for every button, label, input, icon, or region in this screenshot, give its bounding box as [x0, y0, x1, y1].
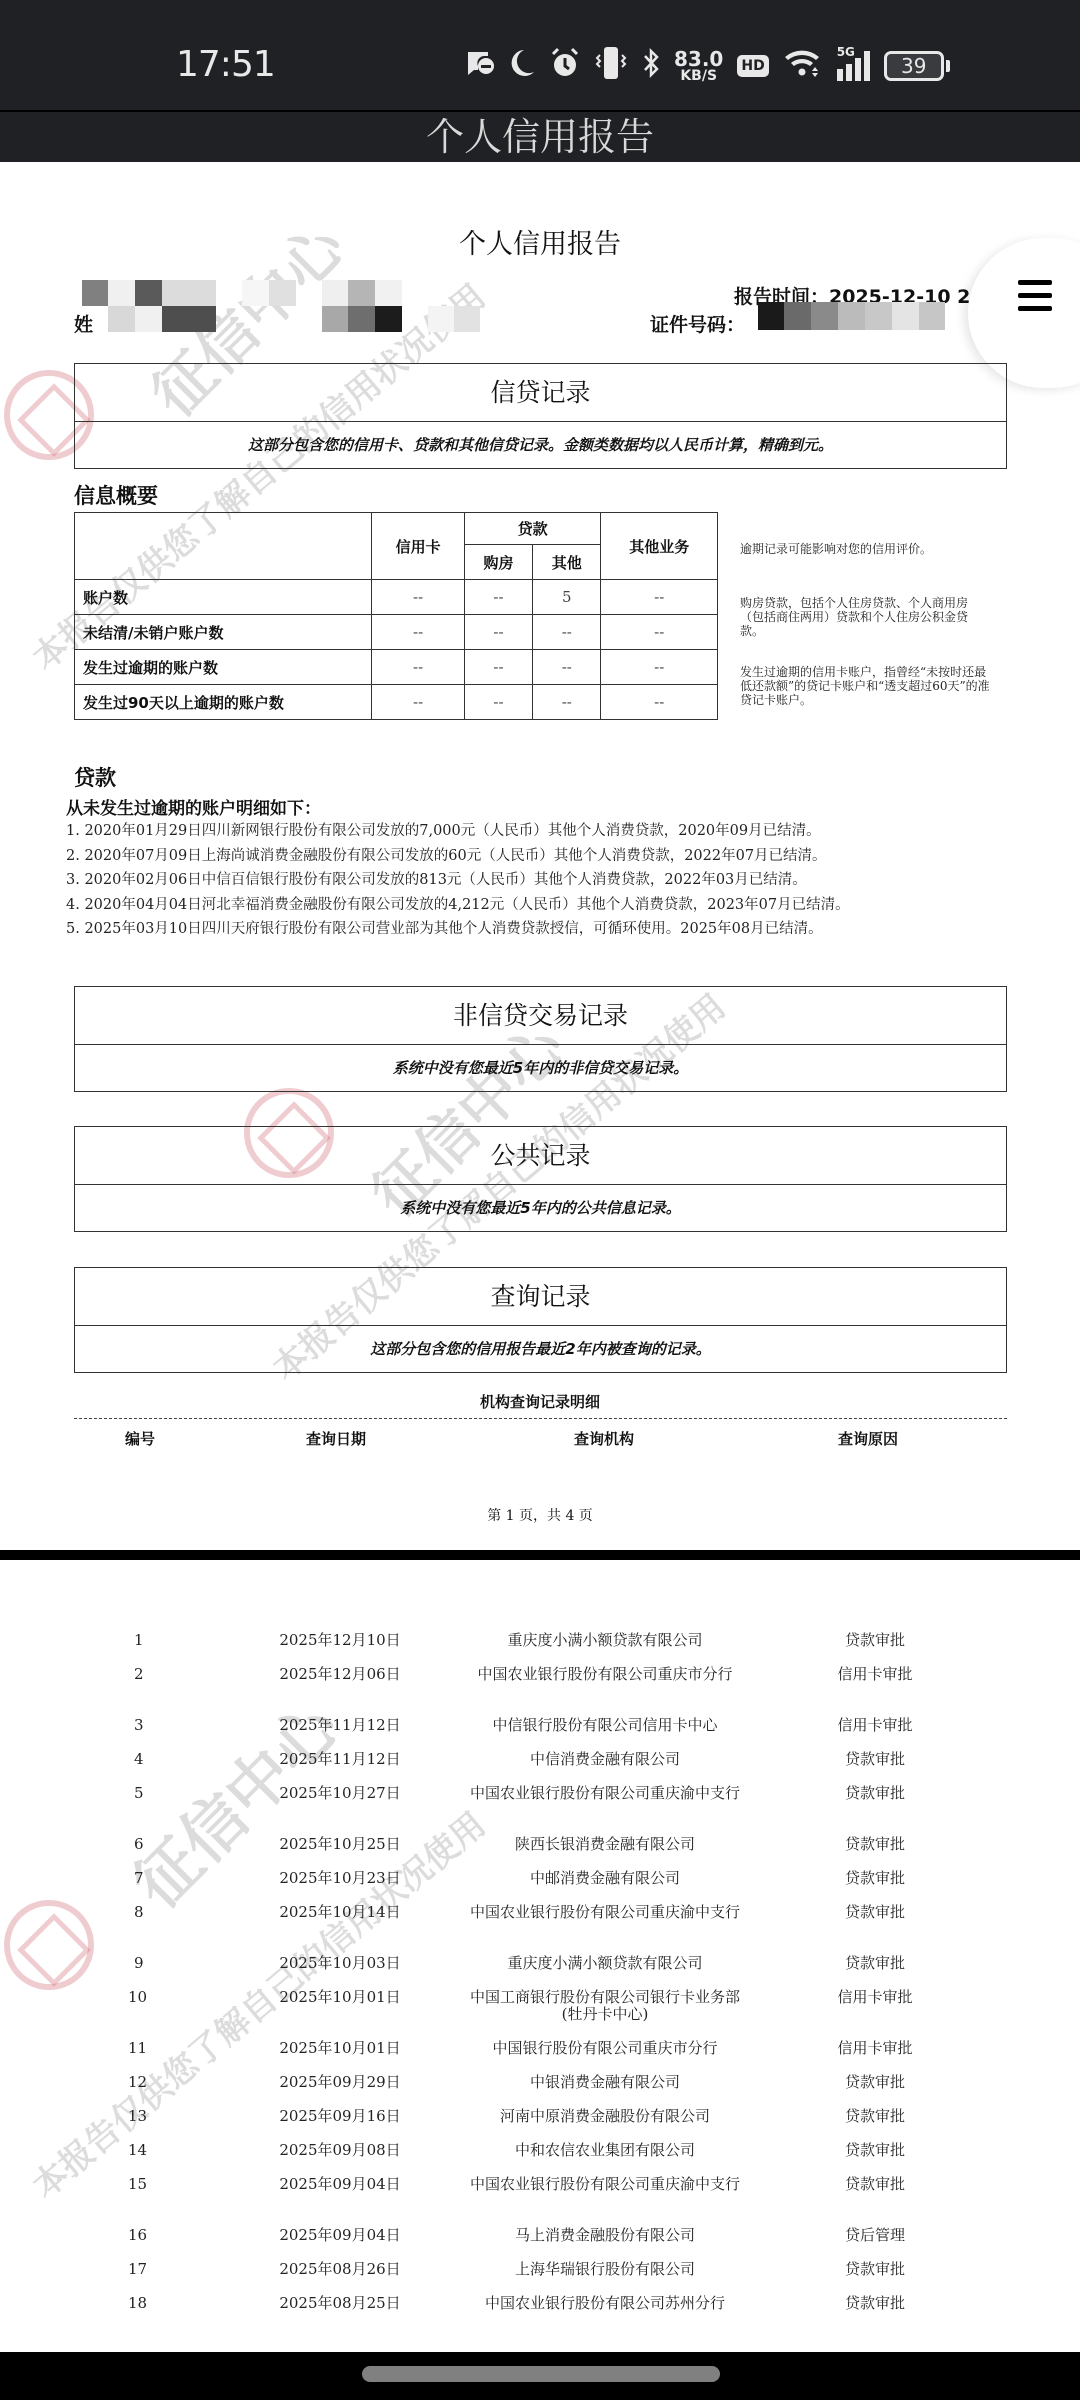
header-org: 查询机构 [574, 1428, 634, 1449]
col-credit-card: 信用卡 [372, 513, 464, 580]
inquiry-records-section: 查询记录 这部分包含您的信用报告最近2年内被查询的记录。 [74, 1267, 1007, 1373]
summary-note: 逾期记录可能影响对您的信用评价。 [740, 542, 990, 556]
battery-icon: 39 [884, 51, 950, 81]
col-loan-other: 其他 [533, 545, 601, 580]
header-date: 查询日期 [306, 1428, 366, 1449]
credit-records-section: 信贷记录 这部分包含您的信用卡、贷款和其他信贷记录。金额类数据均以人民币计算，精… [74, 363, 1007, 469]
watermark-seal-icon [4, 1900, 94, 1990]
section-description: 系统中没有您最近5年内的公共信息记录。 [75, 1185, 1006, 1231]
redacted-name [82, 280, 482, 332]
header-no: 编号 [125, 1428, 155, 1449]
list-item: 5. 2025年03月10日四川天府银行股份有限公司营业部为其他个人消费贷款授信… [66, 917, 850, 942]
loans-heading: 贷款 [74, 762, 116, 792]
signal-icon: 5G [837, 51, 870, 81]
loans-subheading: 从未发生过逾期的账户明细如下： [66, 794, 321, 819]
redacted-id-number [758, 302, 948, 330]
report-page-1[interactable]: 征信中心 本报告仅供您了解自己的信用状况使用 征信中心 本报告仅供您了解自己的信… [0, 162, 1080, 1550]
status-icons: 83.0 KB/S HD 5G 39 [466, 44, 950, 88]
list-item: 4. 2020年04月04日河北幸福消费金融股份有限公司发放的4,212元（人民… [66, 893, 850, 918]
section-description: 系统中没有您最近5年内的非信贷交易记录。 [75, 1045, 1006, 1091]
status-bar: 17:51 83.0 KB/S HD 5G [0, 0, 1080, 110]
page-indicator: 第 1 页，共 4 页 [0, 1505, 1080, 1525]
wifi-icon [783, 47, 823, 85]
report-title: 个人信用报告 [0, 222, 1080, 261]
col-other-business: 其他业务 [601, 513, 718, 580]
non-credit-section: 非信贷交易记录 系统中没有您最近5年内的非信贷交易记录。 [74, 986, 1007, 1092]
summary-heading: 信息概要 [74, 480, 158, 510]
app-header-title: 个人信用报告 [0, 112, 1080, 162]
bluetooth-icon [642, 47, 660, 85]
section-title: 查询记录 [75, 1268, 1006, 1326]
summary-note: 发生过逾期的信用卡账户，指曾经“未按时还最低还款额”的贷记卡账户和“透支超过60… [740, 665, 990, 707]
name-label: 姓 [74, 310, 93, 337]
table-row: 发生过90天以上逾期的账户数 -- -- -- -- [75, 685, 718, 720]
notification-icon [466, 48, 496, 84]
list-item: 2. 2020年07月09日上海尚诚消费金融股份有限公司发放的60元（人民币）其… [66, 844, 850, 869]
section-title: 非信贷交易记录 [75, 987, 1006, 1045]
page-separator [0, 1550, 1080, 1560]
summary-table: 信用卡 贷款 其他业务 购房 其他 账户数 -- -- 5 -- 未结清/未销户… [74, 512, 718, 720]
public-records-section: 公共记录 系统中没有您最近5年内的公共信息记录。 [74, 1126, 1007, 1232]
hamburger-icon [1018, 280, 1052, 285]
watermark-text: 本报告仅供您了解自己的信用状况使用 [20, 1798, 494, 2207]
list-item: 3. 2020年02月06日中信百信银行股份有限公司发放的813元（人民币）其他… [66, 868, 850, 893]
network-speed: 83.0 KB/S [674, 49, 723, 83]
col-loan-housing: 购房 [464, 545, 532, 580]
id-number-label: 证件号码： [650, 310, 745, 337]
table-row: 未结清/未销户账户数 -- -- -- -- [75, 615, 718, 650]
table-row: 发生过逾期的账户数 -- -- -- -- [75, 650, 718, 685]
section-description: 这部分包含您的信用报告最近2年内被查询的记录。 [75, 1326, 1006, 1372]
section-description: 这部分包含您的信用卡、贷款和其他信贷记录。金额类数据均以人民币计算，精确到元。 [75, 422, 1006, 468]
alarm-icon [550, 47, 580, 85]
status-time: 17:51 [176, 44, 275, 85]
table-row: 账户数 -- -- 5 -- [75, 580, 718, 615]
header-reason: 查询原因 [838, 1428, 898, 1449]
section-title: 公共记录 [75, 1127, 1006, 1185]
inquiry-table-title: 机构查询记录明细 [0, 1391, 1080, 1412]
section-title: 信贷记录 [75, 364, 1006, 422]
dashed-divider [74, 1418, 1007, 1419]
col-loan: 贷款 [464, 513, 601, 545]
report-page-2[interactable]: 征信中心 本报告仅供您了解自己的信用状况使用 1 2025年12月10日 重庆度… [0, 1560, 1080, 2352]
loan-list: 1. 2020年01月29日四川新网银行股份有限公司发放的7,000元（人民币）… [66, 819, 850, 942]
list-item: 1. 2020年01月29日四川新网银行股份有限公司发放的7,000元（人民币）… [66, 819, 850, 844]
hd-icon: HD [737, 55, 768, 77]
summary-note: 购房贷款，包括个人住房贷款、个人商用房（包括商住两用）贷款和个人住房公积金贷款。 [740, 596, 990, 638]
moon-icon [510, 48, 536, 84]
vibrate-icon [594, 45, 628, 87]
home-gesture-handle[interactable] [362, 2366, 720, 2382]
